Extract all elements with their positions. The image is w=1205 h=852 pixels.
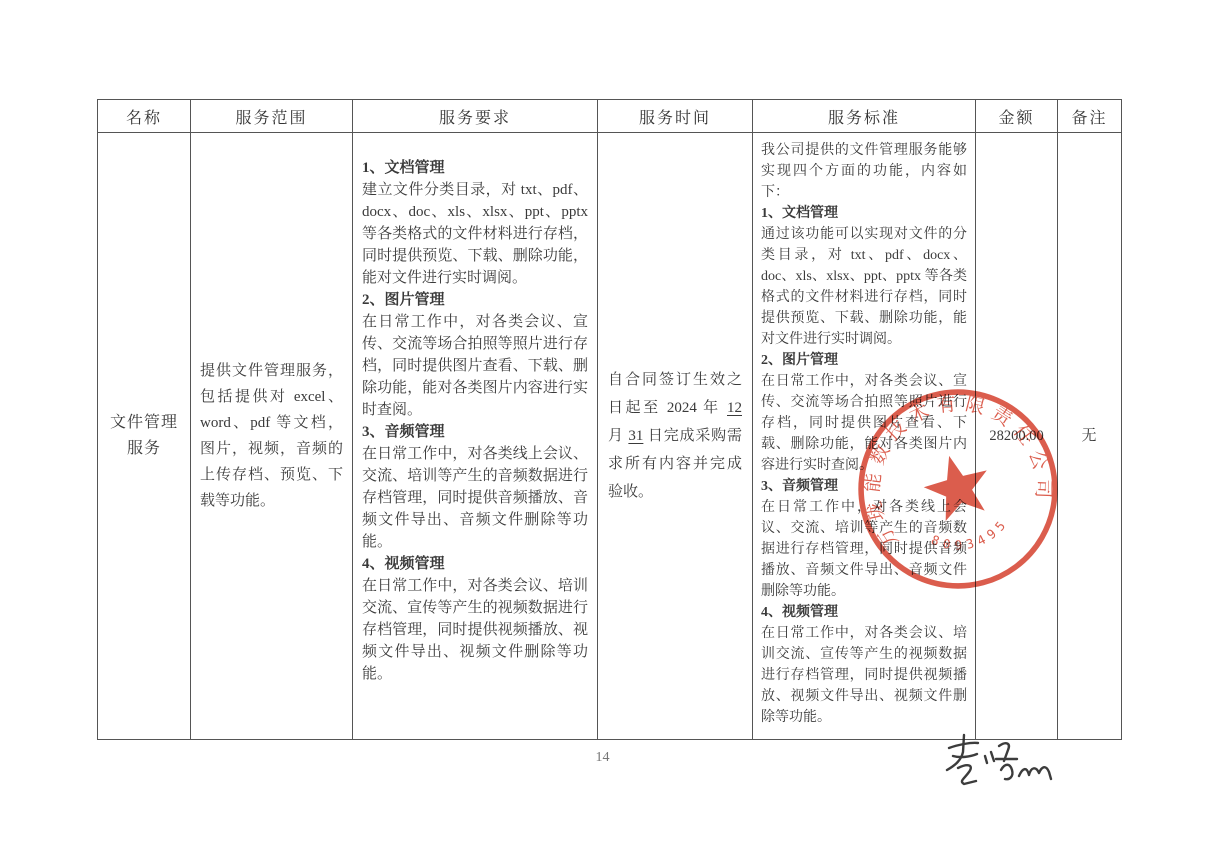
standard-1-title: 1、文档管理 <box>761 203 967 224</box>
requirement-2-title: 2、图片管理 <box>362 289 588 311</box>
col-header-time: 服务时间 <box>598 100 753 133</box>
standard-2-title: 2、图片管理 <box>761 350 967 371</box>
cell-amount: 28200.00 <box>976 133 1058 739</box>
col-header-remark: 备注 <box>1058 100 1121 133</box>
cell-service-requirements: 1、文档管理 建立文件分类目录，对 txt、pdf、docx、doc、xls、x… <box>353 133 598 739</box>
standard-1-body: 通过该功能可以实现对文件的分类目录，对 txt、pdf、docx、doc、xls… <box>761 224 967 350</box>
standard-4-title: 4、视频管理 <box>761 602 967 623</box>
standard-4-body: 在日常工作中，对各类会议、培训交流、宣传等产生的视频数据进行存档管理，同时提供视… <box>761 623 967 728</box>
service-scope-text: 提供文件管理服务，包括提供对 excel、word、pdf 等文档，图片，视频，… <box>200 358 343 514</box>
requirement-3-body: 在日常工作中，对各类线上会议、交流、培训等产生的音频数据进行存档管理，同时提供音… <box>362 443 588 553</box>
standard-intro: 我公司提供的文件管理服务能够实现四个方面的功能，内容如下： <box>761 140 967 203</box>
requirement-4-title: 4、视频管理 <box>362 553 588 575</box>
col-header-name: 名称 <box>98 100 191 133</box>
standard-3-body: 在日常工作中，对各类线上会议、交流、培训等产生的音频数据进行存档管理，同时提供音… <box>761 497 967 602</box>
standard-3-title: 3、音频管理 <box>761 476 967 497</box>
cell-service-scope: 提供文件管理服务，包括提供对 excel、word、pdf 等文档，图片，视频，… <box>191 133 353 739</box>
requirement-1-body: 建立文件分类目录，对 txt、pdf、docx、doc、xls、xlsx、ppt… <box>362 179 588 289</box>
standard-2-body: 在日常工作中，对各类会议、宣传、交流等场合拍照等照片进行存档，同时提供图片查看、… <box>761 371 967 476</box>
service-time-sep: 月 <box>608 428 628 444</box>
service-time-month: 12 <box>727 400 742 416</box>
cell-remark: 无 <box>1058 133 1121 739</box>
requirement-1-title: 1、文档管理 <box>362 157 588 179</box>
cell-service-time: 自合同签订生效之日起至 2024 年 12 月 31 日完成采购需求所有内容并完… <box>598 133 753 739</box>
service-time-prefix: 自合同签订生效之日起至 2024 年 <box>608 372 742 416</box>
service-time-day: 31 <box>628 428 643 444</box>
col-header-scope: 服务范围 <box>191 100 353 133</box>
requirement-4-body: 在日常工作中，对各类会议、培训交流、宣传等产生的视频数据进行存档管理，同时提供视… <box>362 575 588 685</box>
requirement-2-body: 在日常工作中，对各类会议、宣传、交流等场合拍照等照片进行存档，同时提供图片查看、… <box>362 311 588 421</box>
service-time-text: 自合同签订生效之日起至 2024 年 12 月 31 日完成采购需求所有内容并完… <box>608 366 742 506</box>
cell-service-standard: 我公司提供的文件管理服务能够实现四个方面的功能，内容如下： 1、文档管理 通过该… <box>753 133 976 739</box>
requirement-3-title: 3、音频管理 <box>362 421 588 443</box>
col-header-requirements: 服务要求 <box>353 100 598 133</box>
cell-service-name: 文件管理 服务 <box>98 133 191 739</box>
col-header-standard: 服务标准 <box>753 100 976 133</box>
page-number: 14 <box>0 750 1205 766</box>
scanned-contract-page: 名称 服务范围 服务要求 服务时间 服务标准 金额 备注 文件管理 服务 提供文… <box>0 0 1205 852</box>
col-header-amount: 金额 <box>976 100 1058 133</box>
service-table: 名称 服务范围 服务要求 服务时间 服务标准 金额 备注 文件管理 服务 提供文… <box>97 99 1122 740</box>
